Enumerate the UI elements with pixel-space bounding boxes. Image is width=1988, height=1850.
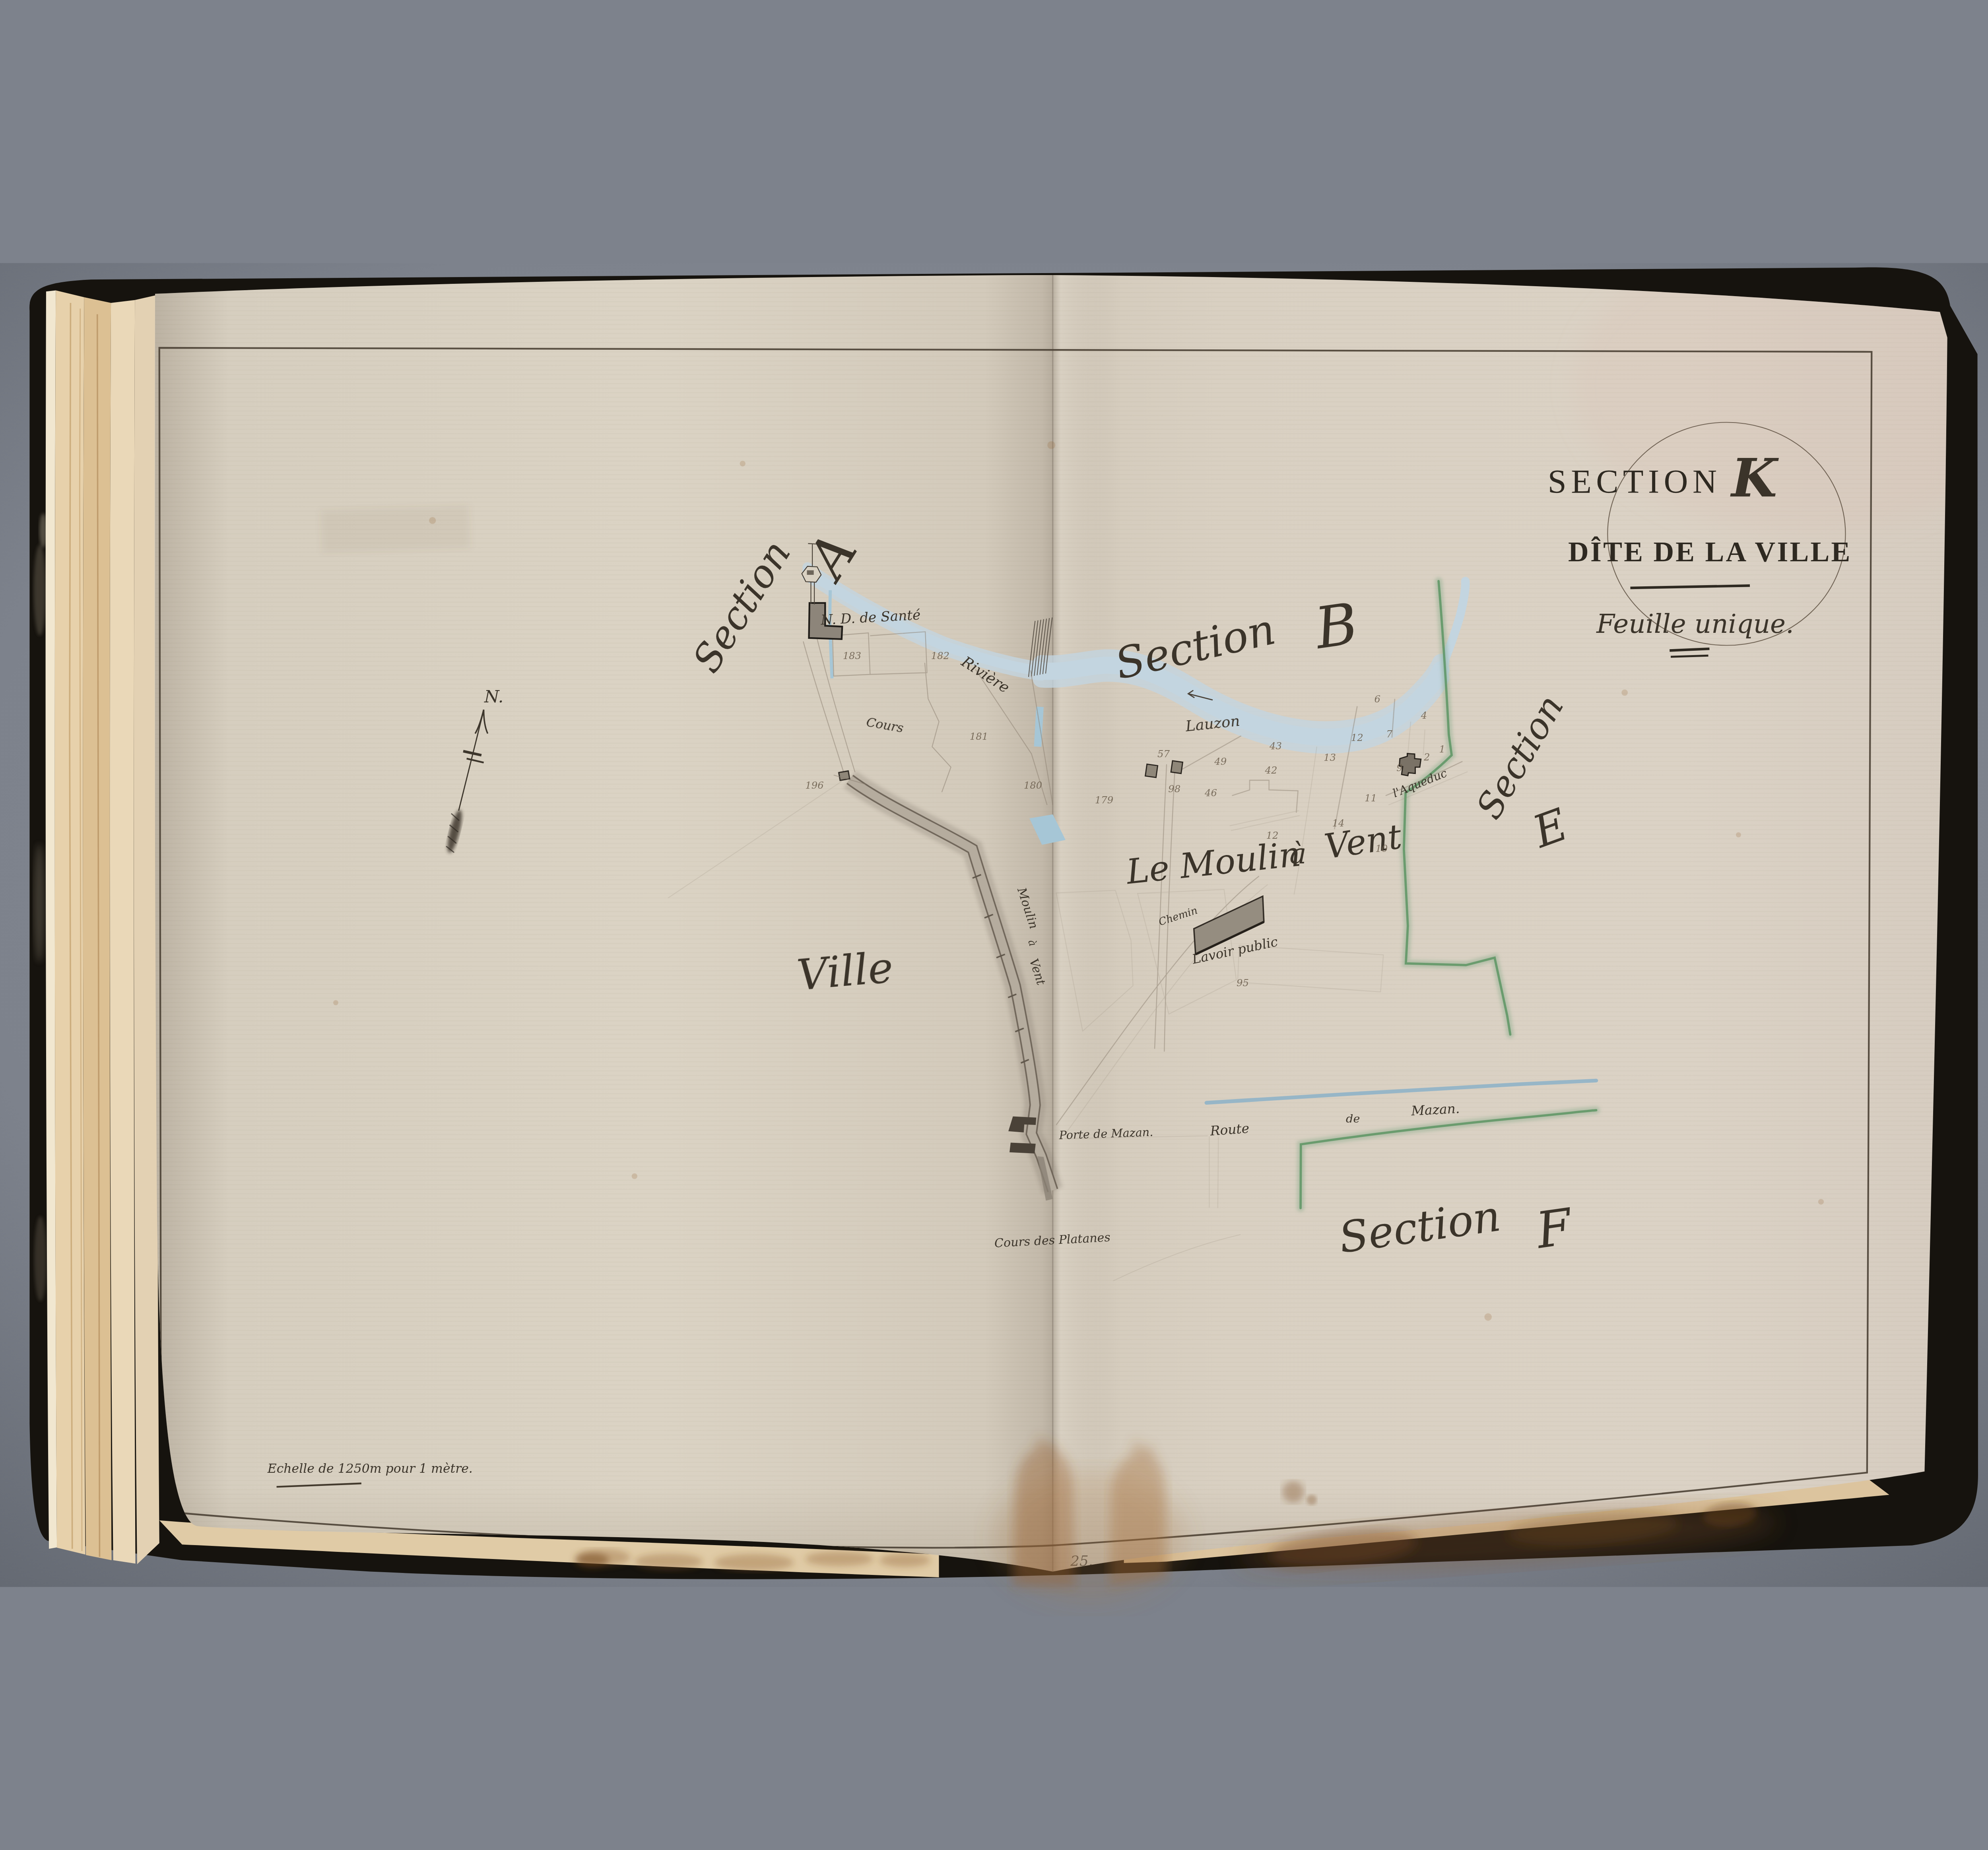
parcel-number: 95 (1237, 977, 1249, 989)
cartouche-double-rule-2 (1671, 655, 1708, 657)
parcel-number: 13 (1324, 752, 1336, 763)
cartouche-section-word: SECTION (1548, 463, 1722, 500)
cartouche-section-letter: K (1730, 448, 1779, 509)
parcel-number: 43 (1269, 740, 1282, 752)
north-label: N. (484, 687, 503, 707)
label-ville: Ville (795, 942, 895, 1000)
building-small-2 (1171, 761, 1182, 774)
parcel-number: 2 (1423, 751, 1430, 763)
label-moulin-a: à (1289, 837, 1307, 870)
parcel-number: 57 (1157, 749, 1170, 760)
parcel-number: 12 (1266, 830, 1278, 841)
parcel-number: 10 (1375, 843, 1388, 854)
parcel-number: 49 (1214, 756, 1227, 767)
parcel-number: 11 (1365, 792, 1377, 804)
parcel-number: 1 (1439, 743, 1445, 755)
parcel-number: 182 (931, 650, 949, 661)
parcel-number: 181 (970, 731, 988, 742)
cartouche-sheet-note: Feuille unique. (1596, 609, 1794, 639)
cartouche-title: DÎTE DE LA VILLE (1568, 536, 1852, 568)
parcel-number: 7 (1386, 728, 1392, 740)
sheet-shading (155, 237, 1988, 1588)
label-route: Route (1209, 1121, 1250, 1139)
parcel-number: 14 (1332, 817, 1345, 829)
parcel-number: 9 (1396, 762, 1402, 774)
page-edge (110, 300, 136, 1564)
cartouche-double-rule-1 (1670, 649, 1709, 650)
parcel-number: 196 (805, 780, 823, 791)
parcel-number: 12 (1351, 732, 1363, 743)
parcel-number: 6 (1374, 693, 1380, 705)
parcel-number: 183 (843, 650, 861, 661)
bleed-through-ghost (321, 505, 470, 553)
scale-text: Echelle de 1250m pour 1 mètre. (267, 1462, 473, 1476)
label-route-mazan: Mazan. (1410, 1101, 1460, 1119)
parcel-number: 46 (1204, 787, 1217, 799)
label-route-de: de (1346, 1112, 1360, 1125)
parcel-number: 4 (1421, 710, 1427, 721)
atlas-photo: N. SECTION K DÎTE DE LA VILLE Feuille un… (0, 0, 1988, 1850)
gate-porte-mazan-south (1010, 1142, 1036, 1153)
parcel-number: 98 (1168, 783, 1180, 795)
parcel-number: 42 (1265, 764, 1277, 776)
parcel-number: 179 (1095, 794, 1113, 806)
building-small-1 (1145, 764, 1158, 778)
parcel-number: 180 (1024, 780, 1042, 791)
